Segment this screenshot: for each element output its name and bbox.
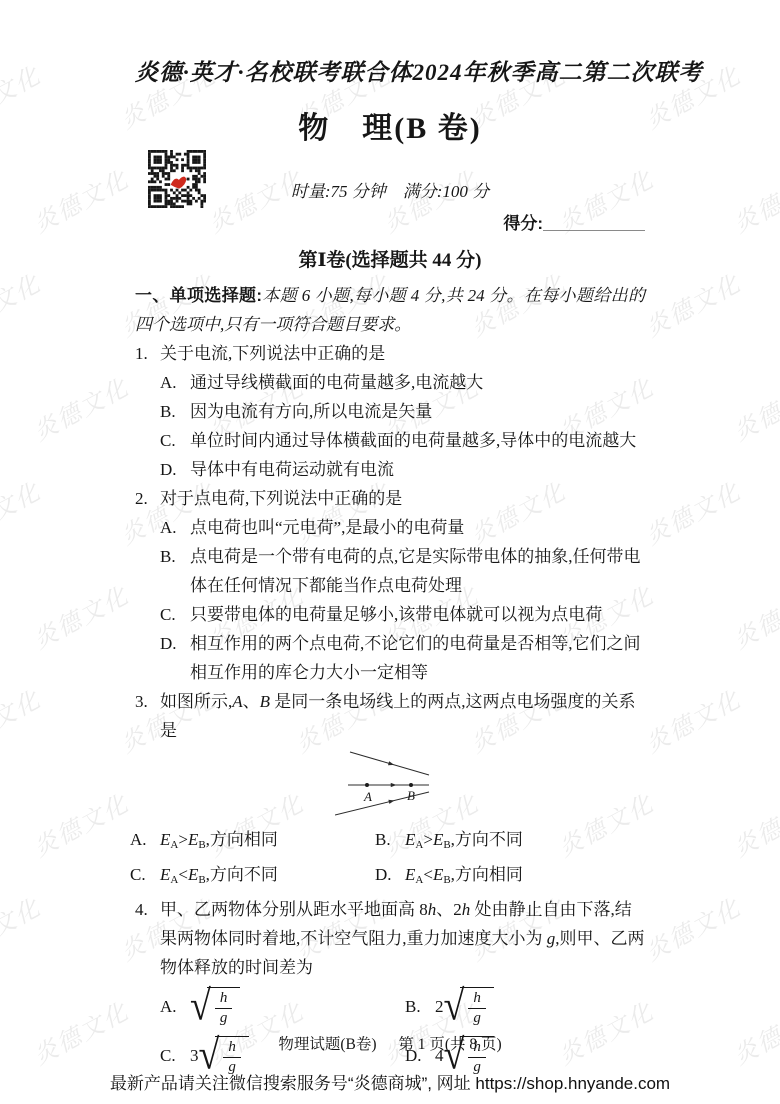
option-label: D. (375, 860, 405, 889)
field-line-arrow (391, 783, 397, 787)
field-lines-figure: AB (335, 749, 445, 819)
question-number: 3. (135, 687, 160, 716)
option: D.导体中有电荷运动就有电流 (135, 455, 645, 484)
text-run: 点电荷是一个带有电荷的点,它是实际带电体的抽象,任何带电体在任何情况下都能当作点… (190, 547, 641, 595)
score-blank-line (543, 214, 645, 231)
math-variable: E (160, 865, 170, 884)
exam-page: 炎德文化炎德文化炎德文化炎德文化炎德文化炎德文化炎德文化炎德文化炎德文化炎德文化… (0, 0, 780, 1104)
footer-doc-title: 物理试题(B卷) (278, 1036, 376, 1053)
math-variable: E (433, 830, 443, 849)
exam-title: 炎德·英才·名校联考联合体2024年秋季高二第二次联考 (135, 54, 645, 87)
text-run: > (178, 830, 188, 849)
score-label: 得分: (503, 214, 543, 233)
math-variable: E (188, 865, 198, 884)
text-run: ,方向相同 (206, 830, 278, 849)
question-stem: 2.对于点电荷,下列说法中正确的是 (135, 484, 645, 513)
watermark-text: 炎德文化 (0, 888, 46, 968)
option-label: D. (160, 455, 190, 484)
option-label: C. (130, 860, 160, 889)
qr-code (148, 150, 206, 208)
option: B.因为电流有方向,所以电流是矢量 (135, 397, 645, 426)
option: B.2√hg (405, 982, 645, 1031)
question-stem: 3.如图所示,A、B 是同一条电场线上的两点,这两点电场强度的关系是 (135, 687, 645, 745)
watermark-text: 炎德文化 (0, 56, 46, 136)
math-variable: E (405, 830, 415, 849)
option: A.EA>EB,方向相同 (160, 825, 405, 860)
text-run: 如图所示, (160, 692, 232, 711)
fraction: hg (207, 987, 241, 1026)
math-variable: B (260, 692, 270, 711)
question-block: 1.关于电流,下列说法中正确的是A.通过导线横截面的电荷量越多,电流越大B.因为… (135, 339, 645, 484)
text-run: 对于点电荷,下列说法中正确的是 (160, 489, 402, 508)
text-run: 关于电流,下列说法中正确的是 (160, 344, 385, 363)
field-point-label: B (407, 788, 415, 803)
text-run: 、 (243, 692, 260, 711)
math-variable: E (433, 865, 443, 884)
question-block: 2.对于点电荷,下列说法中正确的是A.点电荷也叫“元电荷”,是最小的电荷量B.点… (135, 484, 645, 687)
math-subscript: B (198, 839, 205, 851)
option: A.通过导线横截面的电荷量越多,电流越大 (135, 368, 645, 397)
question-block: 3.如图所示,A、B 是同一条电场线上的两点,这两点电场强度的关系是ABA.EA… (135, 687, 645, 895)
option-label: A. (160, 992, 190, 1021)
option: A.√hg (160, 982, 405, 1031)
watermark-text: 炎德文化 (26, 368, 134, 448)
text-run: 、2 (436, 900, 462, 919)
watermark-text: 炎德文化 (638, 472, 746, 552)
math-variable: E (188, 830, 198, 849)
math-variable: E (405, 865, 415, 884)
text-run: ,方向不同 (206, 865, 278, 884)
question-number: 1. (135, 339, 160, 368)
option-label: A. (160, 368, 190, 397)
watermark-text: 炎德文化 (726, 576, 780, 656)
text-run: ,方向相同 (451, 865, 523, 884)
radical-sign: √ (444, 989, 465, 1023)
text-run: 相互作用的两个点电荷,不论它们的电荷量是否相等,它们之间相互作用的库仑力大小一定… (190, 634, 641, 682)
fraction-denominator: g (220, 1009, 228, 1027)
field-point (365, 783, 369, 787)
option-label: B. (160, 542, 190, 571)
watermark-text: 炎德文化 (638, 888, 746, 968)
promo-bar: 最新产品请关注微信搜索服务号“炎德商城”, 网址 https://shop.hn… (0, 1069, 780, 1094)
field-line-arrow (388, 800, 394, 804)
watermark-text: 炎德文化 (726, 784, 780, 864)
watermark-text: 炎德文化 (26, 160, 134, 240)
option-label: B. (160, 397, 190, 426)
fraction-numerator: h (468, 990, 486, 1009)
option-label: A. (130, 825, 160, 854)
questions: 1.关于电流,下列说法中正确的是A.通过导线横截面的电荷量越多,电流越大B.因为… (135, 339, 645, 1080)
option: B.点电荷是一个带有电荷的点,它是实际带电体的抽象,任何带电体在任何情况下都能当… (135, 542, 645, 600)
math-subscript: B (443, 874, 450, 886)
page-content: 炎德·英才·名校联考联合体2024年秋季高二第二次联考 物 理(B 卷) 时量:… (135, 54, 645, 1080)
math-variable: A (232, 692, 242, 711)
watermark-text: 炎德文化 (726, 368, 780, 448)
math-variable: h (462, 900, 471, 919)
watermark-text: 炎德文化 (26, 576, 134, 656)
math-variable: h (428, 900, 437, 919)
page-footer: 物理试题(B卷) 第 1 页(共 8 页) (0, 1032, 780, 1054)
text-run: < (178, 865, 188, 884)
field-line-arrow (388, 761, 394, 765)
text-run: 通过导线横截面的电荷量越多,电流越大 (190, 373, 483, 392)
field-point-label: A (363, 789, 372, 804)
text-run: ,方向不同 (451, 830, 523, 849)
watermark-text: 炎德文化 (726, 160, 780, 240)
fraction-numerator: h (215, 990, 233, 1009)
option-grid: A.√hgB.2√hgC.3√hgD.4√hg (135, 982, 645, 1080)
subject-title: 物 理(B 卷) (135, 103, 645, 147)
option: D.EA<EB,方向相同 (405, 860, 645, 895)
figure-wrap: AB (135, 749, 645, 823)
question-stem: 1.关于电流,下列说法中正确的是 (135, 339, 645, 368)
qr-center-logo (171, 177, 187, 189)
text-run: < (423, 865, 433, 884)
sqrt-expression: √hg (190, 987, 240, 1026)
option: B.EA>EB,方向不同 (405, 825, 645, 860)
question-stem: 4.甲、乙两物体分别从距水平地面高 8h、2h 处由静止自由下落,结果两物体同时… (135, 895, 645, 982)
math-subscript: B (198, 874, 205, 886)
field-point (409, 783, 413, 787)
math-variable: g (547, 929, 556, 948)
text-run: > (423, 830, 433, 849)
option-label: D. (160, 629, 190, 658)
text-run: 只要带电体的电荷量足够小,该带电体就可以视为点电荷 (190, 605, 602, 624)
question-number: 2. (135, 484, 160, 513)
option: D.相互作用的两个点电荷,不论它们的电荷量是否相等,它们之间相互作用的库仑力大小… (135, 629, 645, 687)
option: A.点电荷也叫“元电荷”,是最小的电荷量 (135, 513, 645, 542)
text-run: 单位时间内通过导体横截面的电荷量越多,导体中的电流越大 (190, 431, 636, 450)
watermark-text: 炎德文化 (0, 264, 46, 344)
qr-code-graphic (148, 150, 206, 208)
watermark-text: 炎德文化 (0, 472, 46, 552)
option-label: C. (160, 426, 190, 455)
score-row: 得分: (135, 209, 645, 233)
section-instructions: 一、单项选择题:本题 6 小题,每小题 4 分,共 24 分。在每小题给出的四个… (135, 281, 645, 339)
option-grid: A.EA>EB,方向相同B.EA>EB,方向不同C.EA<EB,方向不同D.EA… (135, 825, 645, 895)
text-run: 导体中有电荷运动就有电流 (190, 460, 394, 479)
option-label: B. (405, 992, 435, 1021)
option: C.只要带电体的电荷量足够小,该带电体就可以视为点电荷 (135, 600, 645, 629)
watermark-text: 炎德文化 (26, 784, 134, 864)
exam-meta: 时量:75 分钟 满分:100 分 (135, 177, 645, 202)
option: C.EA<EB,方向不同 (160, 860, 405, 895)
text-run: 点电荷也叫“元电荷”,是最小的电荷量 (190, 518, 464, 537)
math-subscript: B (443, 839, 450, 851)
radical-sign: √ (190, 989, 211, 1023)
question-number: 4. (135, 895, 160, 924)
option-label: C. (160, 600, 190, 629)
option-label: B. (375, 825, 405, 854)
fraction-denominator: g (473, 1009, 481, 1027)
watermark-text: 炎德文化 (638, 680, 746, 760)
text-run: 甲、乙两物体分别从距水平地面高 8 (160, 900, 428, 919)
instruction-lead: 一、单项选择题: (135, 286, 262, 305)
watermark-text: 炎德文化 (0, 680, 46, 760)
fraction: hg (460, 987, 494, 1026)
sqrt-coefficient: 2 (435, 992, 444, 1021)
footer-page-info: 第 1 页(共 8 页) (398, 1036, 501, 1053)
watermark-text: 炎德文化 (638, 264, 746, 344)
math-variable: E (160, 830, 170, 849)
section-title: 第Ⅰ卷(选择题共 44 分) (135, 245, 645, 272)
sqrt-expression: 2√hg (435, 987, 494, 1026)
option: C.单位时间内通过导体横截面的电荷量越多,导体中的电流越大 (135, 426, 645, 455)
option-label: A. (160, 513, 190, 542)
text-run: 因为电流有方向,所以电流是矢量 (190, 402, 432, 421)
